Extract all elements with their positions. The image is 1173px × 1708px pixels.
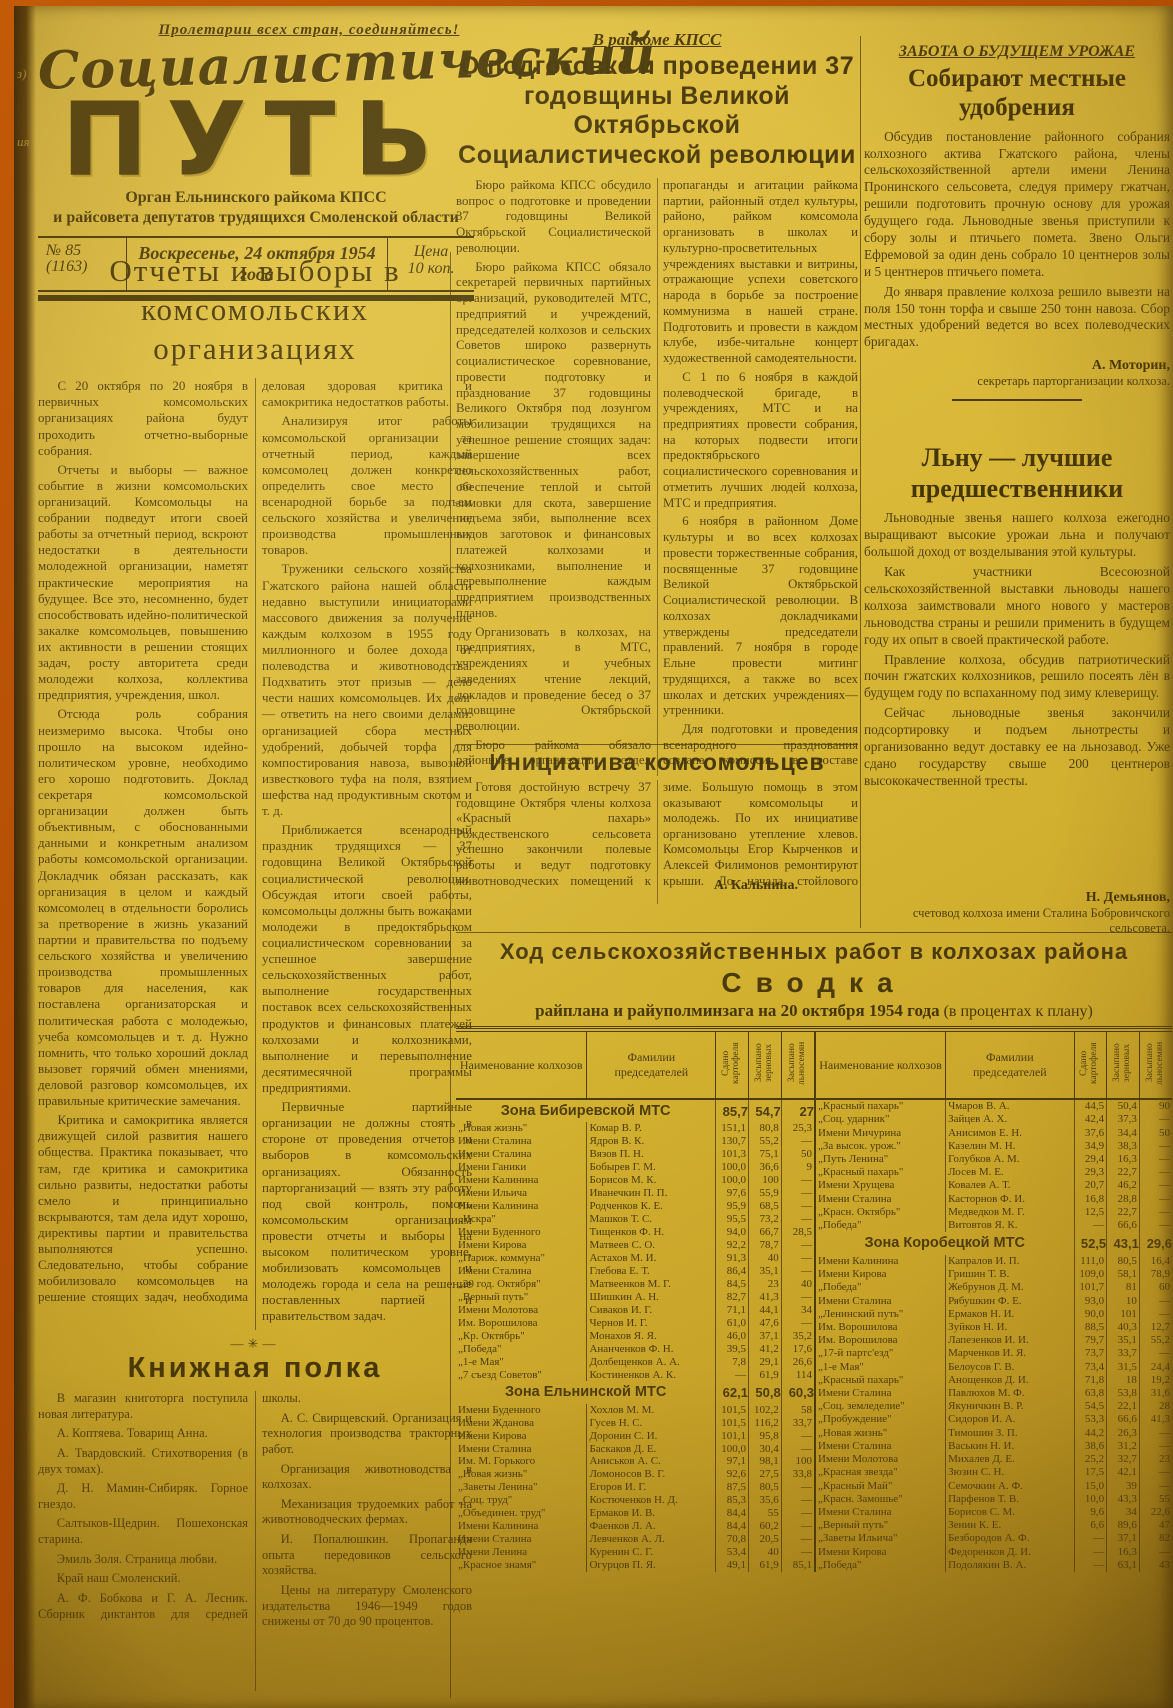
paragraph: Салтыков-Щедрин. Пошехонская старина. [38, 1516, 248, 1547]
organ-line-2: и райсовета депутатов трудящихся Смоленс… [38, 208, 474, 228]
paragraph: Приближается всенародный праздник трудящ… [262, 822, 472, 1096]
paragraph: До января правление колхоза решило вывез… [864, 284, 1170, 352]
paragraph: Бюро райкома КПСС обязало секретарей пер… [456, 260, 651, 622]
table-row: „За высок. урож."Казелин М. Н.34,938,3— [815, 1140, 1172, 1153]
raikom-article-body: Бюро райкома КПСС обсудило вопрос о подг… [456, 178, 858, 776]
table-row: Имени КироваФедоренков Д. И.—16,3— [815, 1546, 1172, 1559]
paragraph: А. Твардовский. Стихотворения (в двух то… [38, 1446, 248, 1477]
newspaper-page: з) ия Пролетарии всех стран, соединяйтес… [14, 6, 1173, 1708]
lead-article-title: Отчеты и выборы в комсомольских организа… [38, 252, 472, 368]
paragraph: В магазин книготорга поступила новая лит… [38, 1391, 248, 1422]
col-header-name: Наименование колхозов [815, 1032, 946, 1099]
paragraph: А. С. Свирщевский. Организация и техноло… [262, 1411, 472, 1458]
table-row: Имени ЖдановаГусев Н. С.101,5116,233,7 [456, 1417, 814, 1430]
bookshelf-section: —✳— Книжная полка В магазин книготорга п… [38, 1336, 472, 1698]
paragraph: Организовать в колхозах, на предприятиях… [456, 625, 651, 735]
col-header-flaxseed: Засыпано льносемян [781, 1032, 814, 1099]
table-row: Имени МолотоваСиваков И. Г.71,144,134 [456, 1304, 814, 1317]
table-row: Имени ГаникиБобырев Г. М.100,036,69 [456, 1161, 814, 1174]
edge-fragment: ия [17, 134, 30, 150]
table-row: „Заветы Ленина"Егоров И. Г.87,580,5— [456, 1481, 814, 1494]
paragraph: Бюро райкома КПСС обсудило вопрос о подг… [456, 178, 651, 257]
table-row: „Победа"Жебрунов Д. М.101,78160 [815, 1281, 1172, 1294]
table-row: „Победа"Подолякин В. А.—63,143 [815, 1559, 1172, 1572]
raikom-kicker: В райкоме КПСС [456, 30, 858, 50]
table-row: Имени СталинаБаскаков Д. Е.100,030,4— [456, 1443, 814, 1456]
paragraph: А. Коптяева. Товарищ Анна. [38, 1426, 248, 1442]
table-row: „Победа"Витовтов Я. К.—66,6— [815, 1219, 1172, 1232]
paragraph: Льноводные звенья нашего колхоза ежегодн… [864, 510, 1170, 561]
table-header-row: Наименование колхозов Фамилии председате… [815, 1032, 1172, 1099]
table-row: Имени СталинаВаськин Н. И.38,631,2— [815, 1440, 1172, 1453]
table-row: „Соц. земледелие"Якуничкин В. Р.54,522,1… [815, 1400, 1172, 1413]
table-row: „Пробуждение"Сидоров И. А.53,366,641,3 [815, 1413, 1172, 1426]
paragraph: Механизация трудоемких работ на животнов… [262, 1497, 472, 1528]
table-row: „Ленинский путь"Ермаков Н. И.90,0101— [815, 1308, 1172, 1321]
table-row: Имени КалининаРодченков К. Е.95,968,5— [456, 1200, 814, 1213]
table-row: „Объединен. труд"Ермаков И. В.84,455— [456, 1507, 814, 1520]
paragraph: 6 ноября в районном Доме культуры и во в… [663, 514, 858, 719]
table-row: Имени БуденногоТищенков Ф. Н.94,066,728,… [456, 1226, 814, 1239]
table-row: „7 съезд Советов"Костиненков А. К.—61,91… [456, 1369, 814, 1382]
table-row: „Соц. труд"Костюченков Н. Д.85,335,6— [456, 1494, 814, 1507]
table-row: „Верный путь"Зенин К. Е.6,689,647 [815, 1519, 1172, 1532]
table-row: Имени СталинаБорисов С. М.9,63422,6 [815, 1506, 1172, 1519]
paragraph: Эмиль Золя. Страница любви. [38, 1552, 248, 1568]
table-row: Имени КалининаБорисов М. К.100,0100— [456, 1174, 814, 1187]
table-row: „Новая жизнь"Комар В. Р.151,180,825,3 [456, 1122, 814, 1135]
paragraph: Правление колхоза, обсудив патриотически… [864, 652, 1170, 703]
table-row: „Красн. Октябрь"Медведков М. Г.12,522,7— [815, 1206, 1172, 1219]
flax-byline-role: счетовод колхоза имени Сталина Бобровичс… [864, 906, 1170, 935]
table-row: Имени МолотоваМихалев Д. Е.25,232,723 [815, 1453, 1172, 1466]
lead-article-body: С 20 октября по 20 ноября в первичных ко… [38, 378, 472, 1330]
table-row: Им. М. ГорькогоАниськов А. С.97,198,1100 [456, 1455, 814, 1468]
col-header-chairman: Фамилии председателей [587, 1032, 716, 1099]
svodka-table-right: Наименование колхозов Фамилии председате… [814, 1032, 1172, 1572]
flax-byline: Н. Демьянов, [864, 890, 1170, 906]
svodka-table: Наименование колхозов Фамилии председате… [456, 1032, 1172, 1572]
page-fold-edge: з) ия [14, 6, 36, 1708]
table-row: Имени КалининаФаенков Л. А.84,460,2— [456, 1520, 814, 1533]
zone-header-row: Зона Бибиревской МТС85,754,727 [456, 1099, 814, 1122]
bookshelf-title: Книжная полка [38, 1352, 472, 1385]
fertilizer-byline-role: секретарь парторганизации колхоза. [864, 374, 1170, 388]
col-header-potato: Сдано картофеля [716, 1032, 749, 1099]
newspaper-title-block: ПУТЬ [38, 93, 474, 187]
fertilizer-article: ЗАБОТА О БУДУЩЕМ УРОЖАЕ Собирают местные… [864, 42, 1170, 411]
table-row: „17-й партс'езд"Марченков И. Я.73,733,7— [815, 1347, 1172, 1360]
table-header-row: Наименование колхозов Фамилии председате… [456, 1032, 814, 1099]
initiative-title: Инициатива комсомольцев [456, 749, 858, 776]
table-row: „Заветы Ильича"Безбородов А. Ф.—37,182 [815, 1532, 1172, 1545]
edge-fragment: з) [17, 66, 26, 82]
table-row: „Красный пахарь"Лосев М. Е.29,322,7— [815, 1166, 1172, 1179]
fertilizer-byline: А. Моторин, [864, 358, 1170, 374]
table-row: Им. ВорошиловаЧернов И. Г.61,047,6— [456, 1317, 814, 1330]
table-row: „Красная звезда"Зюзин С. Н.17,542,1— [815, 1466, 1172, 1479]
paragraph: Как участники Всесоюзной сельскохозяйств… [864, 564, 1170, 648]
raikom-article-title: О подготовке и проведении 37 годовщины В… [456, 52, 858, 170]
section-ornament: —✳— [38, 1336, 472, 1352]
table-row: Имени ЛенинаКуренин С. Г.53,440— [456, 1546, 814, 1559]
table-row: „Путь Ленина"Голубков А. М.29,416,3— [815, 1153, 1172, 1166]
col-header-name: Наименование колхозов [456, 1032, 587, 1099]
table-row: „Красный пахарь"Чмаров В. А.44,550,490 [815, 1099, 1172, 1113]
initiative-article: Инициатива комсомольцев Готовя достойную… [456, 744, 858, 933]
table-row: „Искра"Машков Т. С.95,573,2— [456, 1213, 814, 1226]
table-row: Имени ХрущеваКовалев А. Т.20,746,2— [815, 1179, 1172, 1192]
table-row: Имени СталинаКасторнов Ф. И.16,828,8— [815, 1193, 1172, 1206]
table-row: Имени ИльичаИванечкин П. П.97,655,9— [456, 1187, 814, 1200]
table-row: „Соц. ударник"Зайцев А. Х.42,437,3— [815, 1113, 1172, 1126]
flax-body: Льноводные звенья нашего колхоза ежегодн… [864, 510, 1170, 886]
paragraph: С 20 октября по 20 ноября в первичных ко… [38, 378, 248, 459]
svodka-table-left: Наименование колхозов Фамилии председате… [456, 1032, 814, 1572]
fertilizer-title: Собирают местные удобрения [864, 65, 1170, 123]
bookshelf-list: В магазин книготорга поступила новая лит… [38, 1391, 472, 1691]
table-row: „Победа"Ананченков Ф. Н.39,541,217,6 [456, 1343, 814, 1356]
paragraph: Сейчас льноводные звенья закончили подсо… [864, 705, 1170, 789]
paragraph: Отчеты и выборы — важное событие в жизни… [38, 462, 248, 704]
svodka-subtitle: райплана и райуполминзага на 20 октября … [456, 1001, 1172, 1021]
zone-header-row: Зона Коробецкой МТС52,543,129,6 [815, 1232, 1172, 1255]
table-row: „Новая жизнь"Ломоносов В. Г.92,627,533,8 [456, 1468, 814, 1481]
table-row: Имени СталинаЯдров В. К.130,755,2— [456, 1135, 814, 1148]
table-row: Имени КироваМатвеев С. О.92,278,7— [456, 1239, 814, 1252]
paragraph: Цены на литературу Смоленского издательс… [262, 1583, 472, 1630]
lead-article: Отчеты и выборы в комсомольских организа… [38, 252, 472, 1330]
col-header-grain: Засыпано зерновых [1107, 1032, 1140, 1099]
table-row: „Красное знамя"Огурцов П. Я.49,161,985,1 [456, 1559, 814, 1572]
table-row: „Верный путь"Шишкин А. Н.82,741,3— [456, 1291, 814, 1304]
table-row: Имени СталинаПавлюхов М. Ф.63,853,831,6 [815, 1387, 1172, 1400]
paragraph: Обсудив постановление районного собрания… [864, 129, 1170, 281]
col-header-flaxseed: Засыпано льносемян [1139, 1032, 1172, 1099]
table-row: Имени СталинаЛевченков А. Л.70,820,5— [456, 1533, 814, 1546]
table-row: Имени КироваГришин Т. В.109,058,178,9 [815, 1268, 1172, 1281]
col-header-potato: Сдано картофеля [1074, 1032, 1107, 1099]
paragraph: Д. Н. Мамин-Сибиряк. Горное гнездо. [38, 1481, 248, 1512]
paragraph: И. Попалюшкин. Пропаганда опыта передови… [262, 1532, 472, 1579]
flax-title: Льну — лучшие предшественники [864, 442, 1170, 504]
table-row: „1-е Мая"Белоусов Г. В.73,431,524,4 [815, 1360, 1172, 1373]
zone-header-row: Зона Ельнинской МТС62,150,860,3 [456, 1381, 814, 1403]
table-row: Им. ВорошиловаЗуйков Н. И.88,540,312,7 [815, 1321, 1172, 1334]
col-header-chairman: Фамилии председателей [946, 1032, 1074, 1099]
paragraph: Труженики сельского хозяйства Гжатского … [262, 561, 472, 819]
table-row: „1-е Мая"Долбещенков А. А.7,829,126,6 [456, 1356, 814, 1369]
table-row: „Париж. коммуна"Астахов М. И.91,340— [456, 1252, 814, 1265]
table-row: Им. ВорошиловаЛапезенков И. И.79,735,155… [815, 1334, 1172, 1347]
paragraph: Первичные партийные организации не должн… [262, 1099, 472, 1325]
table-row: „Красн. Замошье"Парфенов Т. В.10,043,355 [815, 1493, 1172, 1506]
table-row: „Новая жизнь"Тимошин З. П.44,226,3— [815, 1427, 1172, 1440]
raikom-article: В райкоме КПСС О подготовке и проведении… [456, 30, 858, 742]
table-row: Имени КалининаКапралов И. П.111,080,516,… [815, 1255, 1172, 1268]
table-row: Имени КироваДоронин С. И.101,195,8— [456, 1430, 814, 1443]
column-divider [860, 36, 861, 928]
paragraph: Анализируя итог работы комсомольской орг… [262, 413, 472, 558]
table-row: „Красный Май"Семочкин А. Ф.15,039— [815, 1479, 1172, 1492]
svodka-section: Ход сельскохозяйственных работ в колхоза… [456, 932, 1172, 1708]
paragraph: Организация животноводства в колхозах. [262, 1462, 472, 1493]
col-header-grain: Засыпано зерновых [748, 1032, 781, 1099]
paragraph: Отсюда роль собрания неизмеримо высока. … [38, 706, 248, 1109]
paragraph: С 1 по 6 ноября в каждой полеводческой б… [663, 370, 858, 512]
fertilizer-kicker: ЗАБОТА О БУДУЩЕМ УРОЖАЕ [864, 42, 1170, 61]
table-row: Имени БуденногоХохлов М. М.101,5102,258 [456, 1404, 814, 1417]
section-rule [952, 399, 1082, 401]
svodka-suptitle: Ход сельскохозяйственных работ в колхоза… [456, 939, 1172, 965]
flax-article: Льну — лучшие предшественники Льноводные… [864, 442, 1170, 928]
table-row: „Красный пахарь"Анощенков Д. И.71,81819,… [815, 1374, 1172, 1387]
table-row: „20 год. Октября"Матвеенков М. Г.84,5234… [456, 1278, 814, 1291]
svodka-subtitle-note: (в процентах к плану) [944, 1003, 1093, 1020]
table-row: „Кр. Октябрь"Монахов Я. Я.46,037,135,2 [456, 1330, 814, 1343]
svodka-title: Сводка [456, 967, 1172, 999]
table-row: Имени СталинаРябушкин Ф. Е.93,010— [815, 1294, 1172, 1307]
svodka-subtitle-bold: райплана и райуполминзага на 20 октября … [535, 1001, 939, 1020]
table-row: Имени СталинаГлебова Е. Т.86,435,1— [456, 1265, 814, 1278]
fertilizer-body: Обсудив постановление районного собрания… [864, 129, 1170, 355]
paragraph: Край наш Смоленский. [38, 1571, 248, 1587]
table-row: Имени МичуринаАнисимов Е. Н.37,634,450 [815, 1126, 1172, 1139]
table-row: Имени СталинаВязов П. Н.101,375,150 [456, 1148, 814, 1161]
